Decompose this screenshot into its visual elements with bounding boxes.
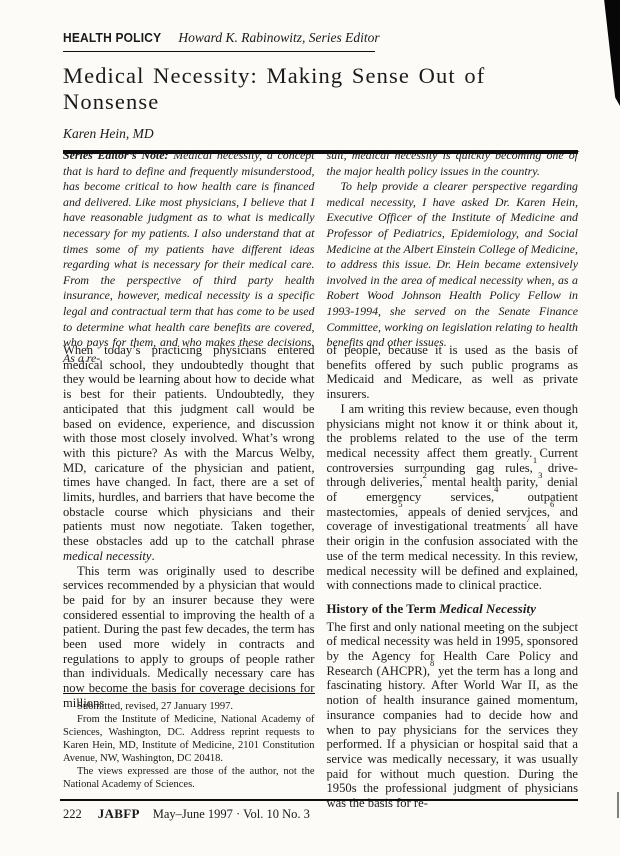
- footnote-block: Submitted, revised, 27 January 1997.From…: [63, 693, 315, 791]
- paragraph: When today’s practicing physicians enter…: [63, 343, 315, 564]
- footnote-text: Submitted, revised, 27 January 1997.From…: [63, 700, 315, 791]
- scan-artifact-corner: [596, 0, 620, 106]
- paragraph: The views expressed are those of the aut…: [63, 765, 315, 791]
- note-column-left: Series Editor’s Note: Medical necessity,…: [63, 148, 315, 366]
- article-author: Karen Hein, MD: [63, 126, 578, 142]
- series-editor-credit: Howard K. Rabinowitz, Series Editor: [178, 30, 379, 45]
- page-footer: 222 JABFP May–June 1997 · Vol. 10 No. 3: [63, 806, 310, 822]
- footer-rule: [60, 799, 578, 801]
- paragraph: This term was originally used to describ…: [63, 564, 315, 711]
- journal-page: HEALTH POLICYHoward K. Rabinowitz, Serie…: [0, 0, 620, 856]
- paragraph: Submitted, revised, 27 January 1997.: [63, 700, 315, 713]
- body-right-text: of people, because it is used as the bas…: [327, 343, 579, 811]
- paragraph: The first and only national meeting on t…: [327, 620, 579, 811]
- scan-artifact-edge: [617, 792, 619, 818]
- paragraph: To help provide a clearer perspective re…: [327, 179, 579, 351]
- article-body: When today’s practicing physicians enter…: [63, 343, 578, 811]
- paragraph: Series Editor’s Note: Medical necessity,…: [63, 148, 315, 366]
- paragraph: From the Institute of Medicine, National…: [63, 713, 315, 765]
- series-editor-note: Series Editor’s Note: Medical necessity,…: [63, 148, 578, 366]
- paragraph: sult, medical necessity is quickly becom…: [327, 148, 579, 179]
- page-number: 222: [63, 807, 82, 822]
- section-label: HEALTH POLICY: [63, 31, 161, 45]
- note-column-right: sult, medical necessity is quickly becom…: [327, 148, 579, 366]
- paragraph: of people, because it is used as the bas…: [327, 343, 579, 402]
- body-column-right: of people, because it is used as the bas…: [327, 343, 579, 811]
- section-heading: History of the Term Medical Necessity: [327, 602, 579, 617]
- journal-abbreviation: JABFP: [98, 806, 140, 822]
- body-column-left: When today’s practicing physicians enter…: [63, 343, 315, 795]
- footnote-rule: [63, 693, 315, 694]
- section-kicker-row: HEALTH POLICYHoward K. Rabinowitz, Serie…: [63, 29, 375, 52]
- article-title: Medical Necessity: Making Sense Out of N…: [63, 63, 578, 115]
- body-left-text: When today’s practicing physicians enter…: [63, 343, 315, 711]
- paragraph: I am writing this review because, even t…: [327, 402, 579, 593]
- issue-info: May–June 1997 · Vol. 10 No. 3: [153, 807, 310, 822]
- article-header: HEALTH POLICYHoward K. Rabinowitz, Serie…: [63, 29, 578, 154]
